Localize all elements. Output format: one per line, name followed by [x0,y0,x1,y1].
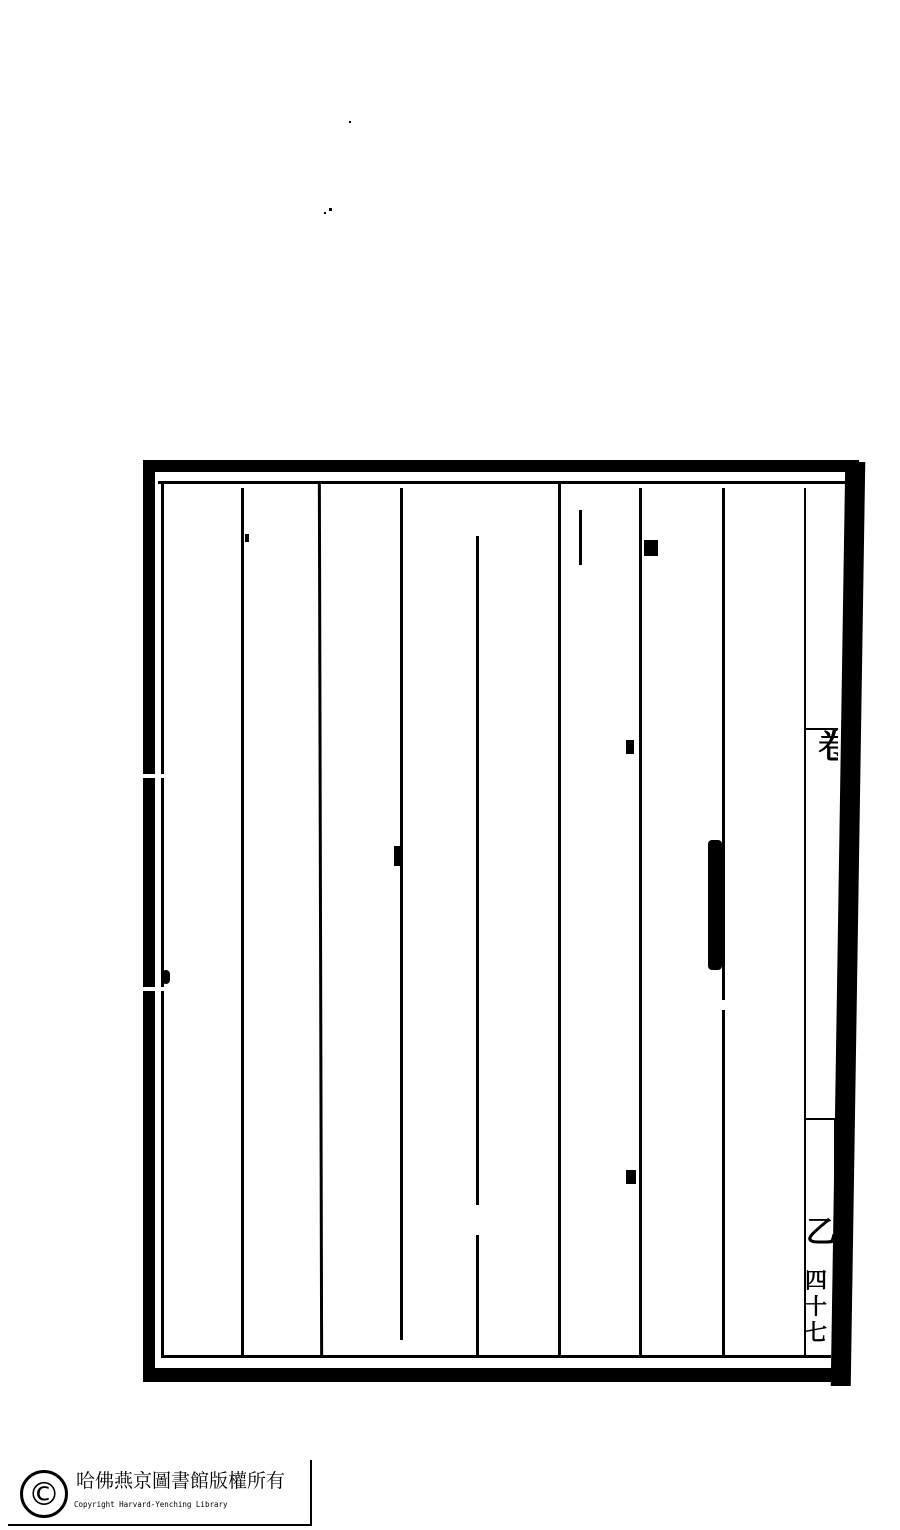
scan-speck [329,208,332,211]
rule-gap [470,1205,482,1235]
ink-blot [162,970,170,984]
faint-mark [579,510,582,565]
frame-outer-bottom [143,1368,840,1382]
scanned-page: 卷 乙 四 十 七 [0,0,900,1530]
copyright-symbol-icon: © [20,1470,68,1518]
column-rule [318,484,323,1356]
column-rule [241,488,244,1356]
banxin-volume-mark: 卷 [818,730,838,764]
faint-mark [644,540,658,556]
banxin-folio-char: 十 [803,1296,829,1319]
frame-outer-left [143,460,155,1382]
faint-mark [626,740,634,754]
rule-gap [716,1000,728,1010]
faint-mark [626,1170,636,1184]
faint-mark [708,840,722,970]
scan-speck [324,212,326,214]
column-rule [400,488,403,1340]
border-gap [140,774,170,778]
column-rule [722,488,725,1356]
border-gap [140,987,170,991]
frame-inner-top [158,481,852,484]
banxin-folio-char: 四 [803,1270,829,1293]
frame-inner-bottom [161,1355,831,1358]
banxin-folio-char: 七 [803,1322,829,1345]
faint-mark [394,846,400,866]
column-rule [639,488,642,1356]
faint-mark [245,534,249,542]
banxin-section-mark: 乙 [806,1218,836,1248]
copyright-english-text: Copyright Harvard-Yenching Library [74,1500,228,1509]
scan-speck [349,121,351,123]
copyright-stamp: © 哈佛燕京圖書館版權所有 Copyright Harvard-Yenching… [8,1460,312,1526]
copyright-chinese-text: 哈佛燕京圖書館版權所有 [76,1466,285,1493]
frame-outer-top [143,460,859,472]
column-rule [558,484,561,1356]
frame-inner-left [161,484,164,1357]
